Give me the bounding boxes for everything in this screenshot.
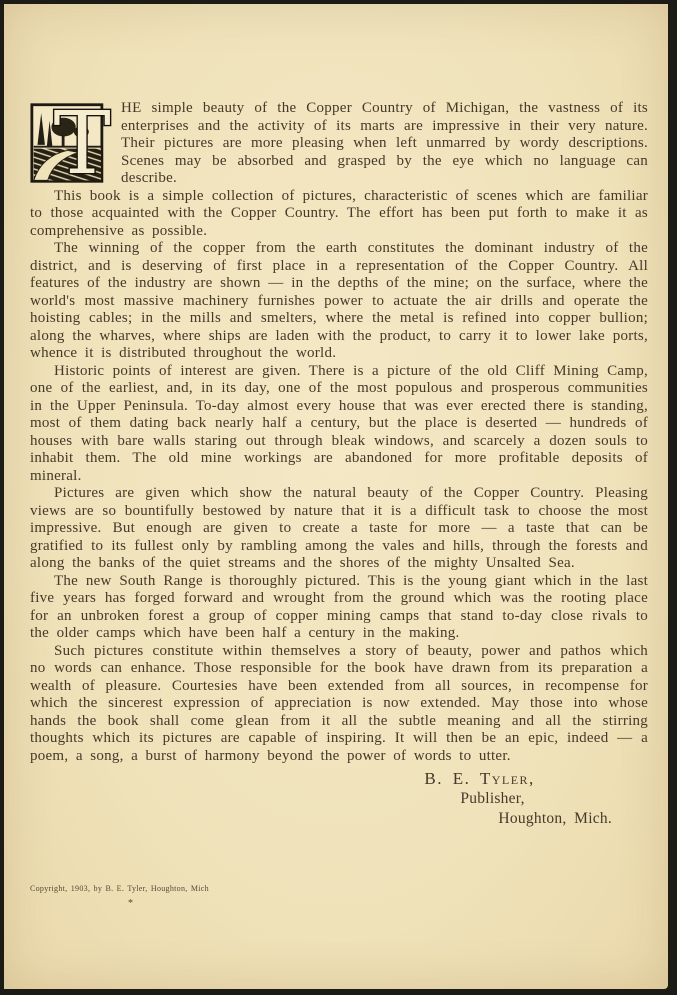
scan-background: { "doc": { "drop_cap_letter": "T", "para… (0, 0, 677, 995)
signature-block: B. E. Tyler, Publisher, Houghton, Mich. (424, 769, 612, 829)
body-paragraph: Such pictures constitute within themselv… (30, 643, 648, 766)
page-text-block: T HE simple beauty of the Copper Country… (4, 4, 668, 829)
footnote-mark: * (128, 898, 133, 909)
body-paragraph: Historic points of interest are given. T… (30, 363, 648, 486)
paragraph-text: HE simple beauty of the Copper Country o… (121, 100, 648, 186)
body-paragraph: This book is a simple collection of pict… (30, 188, 648, 241)
initial-letter: T (54, 101, 112, 185)
body-paragraph: T HE simple beauty of the Copper Country… (30, 100, 648, 188)
drop-cap-woodcut-illustration: T (30, 101, 114, 185)
body-paragraph: Pictures are given which show the natura… (30, 485, 648, 573)
signature-title: Publisher, (424, 789, 612, 809)
copyright-line: Copyright, 1903, by B. E. Tyler, Houghto… (30, 884, 209, 893)
body-paragraph: The new South Range is thoroughly pictur… (30, 573, 648, 643)
book-page: T HE simple beauty of the Copper Country… (4, 4, 668, 989)
body-paragraph: The winning of the copper from the earth… (30, 240, 648, 363)
signature-name: B. E. Tyler, (424, 769, 612, 789)
signature-location: Houghton, Mich. (424, 809, 612, 829)
